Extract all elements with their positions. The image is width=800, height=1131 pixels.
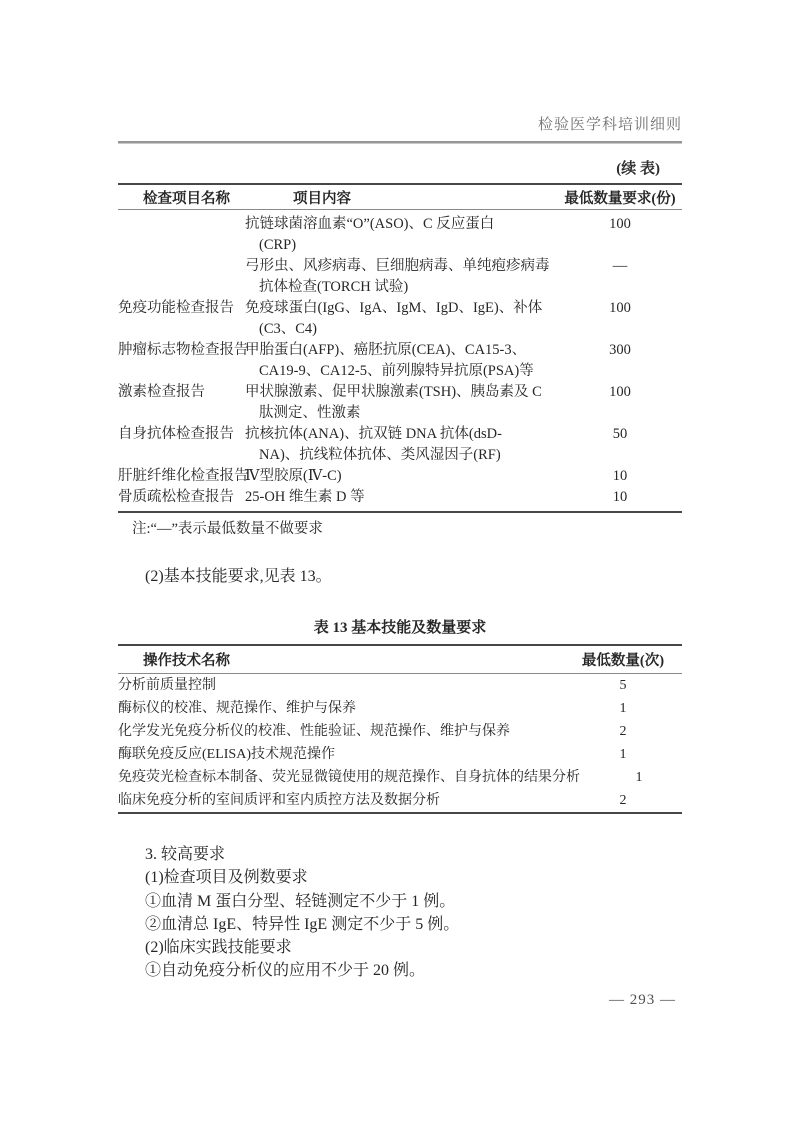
requirement-item: ①自动免疫分析仪的应用不少于 20 例。 <box>145 959 682 982</box>
table-row: 临床免疫分析的室间质评和室内质控方法及数据分析 2 <box>118 789 682 812</box>
item-content: 抗核抗体(ANA)、抗双链 DNA 抗体(dsD- NA)、抗线粒体抗体、类风湿… <box>245 424 558 466</box>
item-content: 25-OH 维生素 D 等 <box>245 487 558 508</box>
operation-name: 临床免疫分析的室间质评和室内质控方法及数据分析 <box>118 789 564 812</box>
exam-items-table: 检查项目名称 项目内容 最低数量要求(份) 抗链球菌溶血素“O”(ASO)、C … <box>118 183 682 513</box>
table-row: 弓形虫、风疹病毒、巨细胞病毒、单纯疱疹病毒 抗体检查(TORCH 试验) — <box>118 256 682 298</box>
table-note: 注:“—”表示最低数量不做要求 <box>132 520 682 538</box>
table-row: 酶联免疫反应(ELISA)技术规范操作 1 <box>118 743 682 766</box>
running-header: 检验医学科培训细则 <box>118 116 682 134</box>
document-page: 检验医学科培训细则 (续 表) 检查项目名称 项目内容 最低数量要求(份) 抗链… <box>0 0 800 1131</box>
min-count-value: 1 <box>564 743 682 766</box>
min-quantity-value: 100 <box>558 298 682 319</box>
table-row: 免疫荧光检查标本制备、荧光显微镜使用的规范操作、自身抗体的结果分析 1 <box>118 766 682 789</box>
min-quantity-value: — <box>558 256 682 277</box>
exam-item-name: 免疫功能检查报告 <box>118 298 245 319</box>
exam-item-name: 自身抗体检查报告 <box>118 424 245 445</box>
basic-skills-table: 操作技术名称 最低数量(次) 分析前质量控制 5 酶标仪的校准、规范操作、维护与… <box>118 644 682 814</box>
column-header-min-count: 最低数量(次) <box>564 649 682 670</box>
exam-items-table-body: 抗链球菌溶血素“O”(ASO)、C 反应蛋白 (CRP) 100 弓形虫、风疹病… <box>118 210 682 511</box>
table-row: 酶标仪的校准、规范操作、维护与保养 1 <box>118 697 682 720</box>
operation-name: 酶标仪的校准、规范操作、维护与保养 <box>118 697 564 720</box>
min-quantity-value: 10 <box>558 466 682 487</box>
min-quantity-value: 50 <box>558 424 682 445</box>
operation-name: 分析前质量控制 <box>118 674 564 697</box>
exam-item-name: 骨质疏松检查报告 <box>118 487 245 508</box>
operation-name: 化学发光免疫分析仪的校准、性能验证、规范操作、维护与保养 <box>118 720 564 743</box>
table13-caption: 表 13 基本技能及数量要求 <box>118 619 682 638</box>
min-count-value: 1 <box>580 766 698 789</box>
table-row: 抗链球菌溶血素“O”(ASO)、C 反应蛋白 (CRP) 100 <box>118 214 682 256</box>
min-quantity-value: 300 <box>558 340 682 361</box>
continued-table-label: (续 表) <box>118 160 682 179</box>
min-count-value: 2 <box>564 789 682 812</box>
column-header-exam-item-name: 检查项目名称 <box>118 187 245 208</box>
exam-item-name: 激素检查报告 <box>118 382 245 403</box>
page-number: — 293 — <box>118 992 682 1009</box>
table-row: 免疫功能检查报告 免疫球蛋白(IgG、IgA、IgM、IgD、IgE)、补体 (… <box>118 298 682 340</box>
min-quantity-value: 10 <box>558 487 682 508</box>
requirement-item: ②血清总 IgE、特异性 IgE 测定不少于 5 例。 <box>145 913 682 936</box>
table-row: 骨质疏松检查报告 25-OH 维生素 D 等 10 <box>118 487 682 508</box>
table-row: 激素检查报告 甲状腺激素、促甲状腺激素(TSH)、胰岛素及 C 肽测定、性激素 … <box>118 382 682 424</box>
table-row: 化学发光免疫分析仪的校准、性能验证、规范操作、维护与保养 2 <box>118 720 682 743</box>
min-quantity-value: 100 <box>558 382 682 403</box>
basic-skills-table-body: 分析前质量控制 5 酶标仪的校准、规范操作、维护与保养 1 化学发光免疫分析仪的… <box>118 674 682 812</box>
exam-item-name: 肿瘤标志物检查报告 <box>118 340 245 361</box>
min-quantity-value: 100 <box>558 214 682 235</box>
requirement-item: ①血清 M 蛋白分型、轻链测定不少于 1 例。 <box>145 890 682 913</box>
item-content: 甲状腺激素、促甲状腺激素(TSH)、胰岛素及 C 肽测定、性激素 <box>245 382 558 424</box>
table-row: 肝脏纤维化检查报告 Ⅳ型胶原(Ⅳ-C) 10 <box>118 466 682 487</box>
min-count-value: 2 <box>564 720 682 743</box>
item-content: 免疫球蛋白(IgG、IgA、IgM、IgD、IgE)、补体 (C3、C4) <box>245 298 558 340</box>
basic-skills-table-header: 操作技术名称 最低数量(次) <box>118 646 682 674</box>
exam-item-name: 肝脏纤维化检查报告 <box>118 466 245 487</box>
column-header-operation-name: 操作技术名称 <box>118 649 564 670</box>
item-content: 甲胎蛋白(AFP)、癌胚抗原(CEA)、CA15-3、 CA19-9、CA12-… <box>245 340 558 382</box>
column-header-min-quantity: 最低数量要求(份) <box>558 187 682 208</box>
item-content: 抗链球菌溶血素“O”(ASO)、C 反应蛋白 (CRP) <box>245 214 558 256</box>
page-content: 检验医学科培训细则 (续 表) 检查项目名称 项目内容 最低数量要求(份) 抗链… <box>118 116 682 1009</box>
header-rule-divider <box>118 141 682 144</box>
section-heading: 3. 较高要求 <box>145 843 682 866</box>
column-header-item-content: 项目内容 <box>245 187 558 208</box>
operation-name: 酶联免疫反应(ELISA)技术规范操作 <box>118 743 564 766</box>
min-count-value: 1 <box>564 697 682 720</box>
operation-name: 免疫荧光检查标本制备、荧光显微镜使用的规范操作、自身抗体的结果分析 <box>118 766 580 789</box>
min-count-value: 5 <box>564 674 682 697</box>
item-content: 弓形虫、风疹病毒、巨细胞病毒、单纯疱疹病毒 抗体检查(TORCH 试验) <box>245 256 558 298</box>
table-row: 自身抗体检查报告 抗核抗体(ANA)、抗双链 DNA 抗体(dsD- NA)、抗… <box>118 424 682 466</box>
basic-skills-intro-paragraph: (2)基本技能要求,见表 13。 <box>145 567 682 587</box>
subsection-heading: (1)检查项目及例数要求 <box>145 866 682 889</box>
higher-requirements-section: 3. 较高要求 (1)检查项目及例数要求 ①血清 M 蛋白分型、轻链测定不少于 … <box>145 843 682 983</box>
exam-items-table-header: 检查项目名称 项目内容 最低数量要求(份) <box>118 185 682 210</box>
table-row: 分析前质量控制 5 <box>118 674 682 697</box>
subsection-heading: (2)临床实践技能要求 <box>145 936 682 959</box>
item-content: Ⅳ型胶原(Ⅳ-C) <box>245 466 558 487</box>
table-row: 肿瘤标志物检查报告 甲胎蛋白(AFP)、癌胚抗原(CEA)、CA15-3、 CA… <box>118 340 682 382</box>
